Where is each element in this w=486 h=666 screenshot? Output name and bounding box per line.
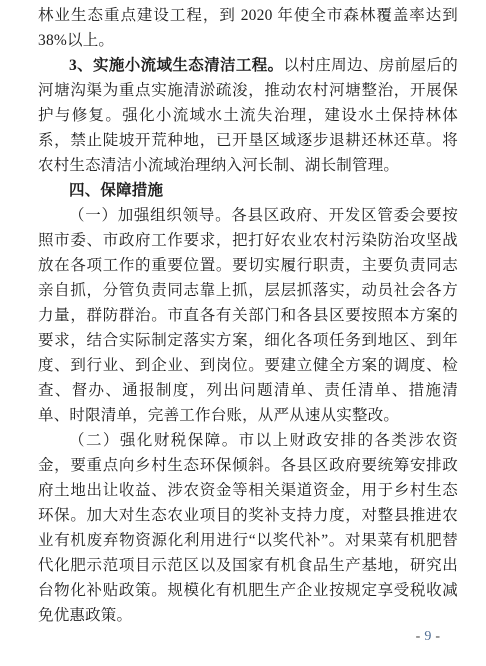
paragraph: 3、实施小流域生态清洁工程。以村庄周边、房前屋后的河塘沟渠为重点实施清淤疏浚，推… [38,53,458,178]
paragraph-lead: 3、实施小流域生态清洁工程。 [69,57,284,74]
section-heading: 四、保障措施 [38,178,458,203]
document-body: 林业生态重点建设工程，到 2020 年使全市森林覆盖率达到 38%以上。3、实施… [38,3,458,628]
paragraph: 林业生态重点建设工程，到 2020 年使全市森林覆盖率达到 38%以上。 [38,3,458,53]
document-page: 林业生态重点建设工程，到 2020 年使全市森林覆盖率达到 38%以上。3、实施… [0,0,486,666]
page-number: 9 [420,629,435,644]
paragraph: （二）强化财税保障。市以上财政安排的各类涉农资金，要重点向乡村生态环保倾斜。各县… [38,428,458,628]
page-footer: -9- [416,628,440,646]
page-number-dash-right: - [435,629,440,644]
paragraph: （一）加强组织领导。各县区政府、开发区管委会要按照市委、市政府工作要求，把打好农… [38,203,458,428]
